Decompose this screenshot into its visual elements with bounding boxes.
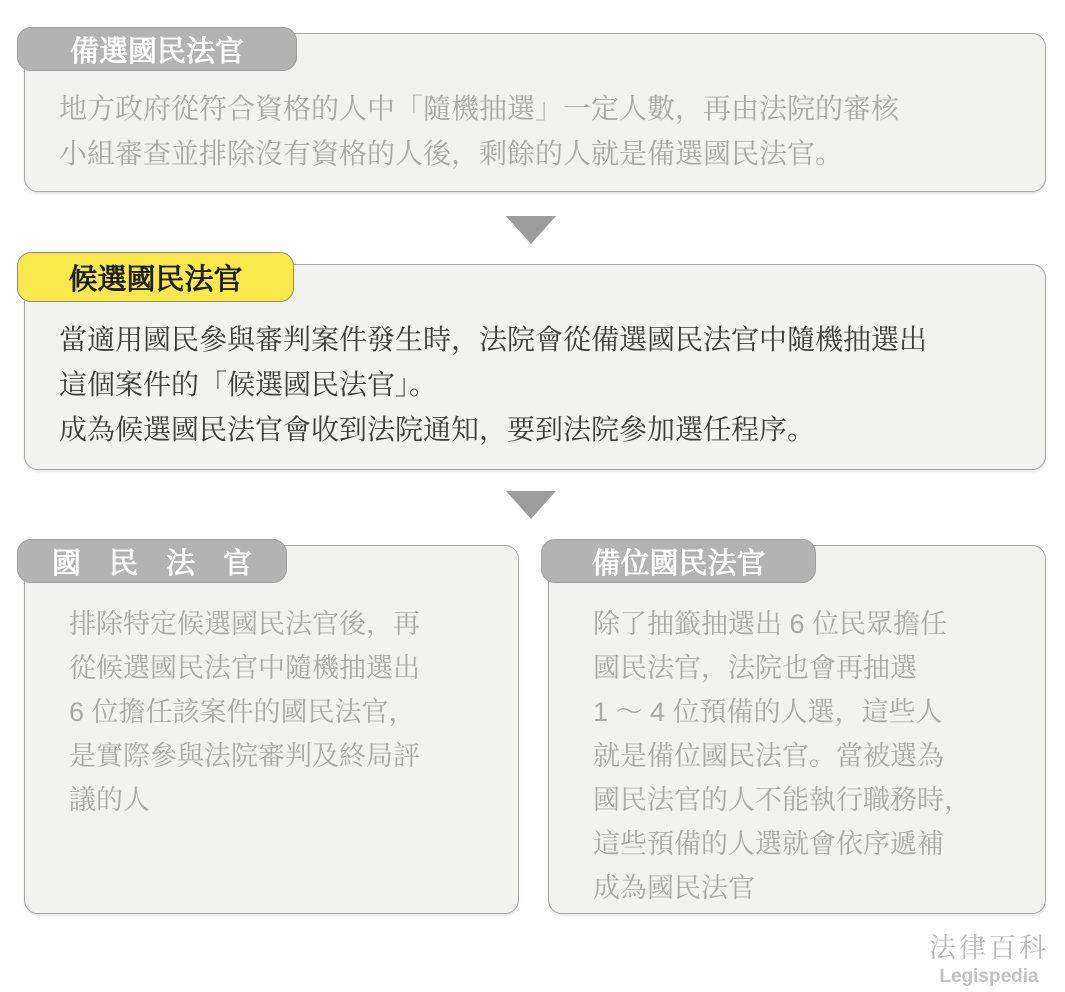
card-alternate-title: 備位國民法官 — [591, 541, 765, 582]
down-arrow-icon — [506, 491, 556, 519]
card-candidate-tab: 候選國民法官 — [17, 252, 294, 302]
card-alternate-tab: 備位國民法官 — [541, 539, 816, 583]
down-arrow-icon — [506, 216, 556, 244]
watermark-brand-en: Legispedia — [929, 966, 1049, 988]
infographic-citizen-judge-selection: 備選國民法官 地方政府從符合資格的人中「隨機抽選」一定人數，再由法院的審核 小組… — [0, 0, 1065, 992]
card-candidate-title: 候選國民法官 — [68, 257, 242, 298]
card-judge-tab: 國民法官 — [17, 539, 287, 583]
card-reserve-title: 備選國民法官 — [70, 29, 244, 70]
card-judge-title: 國民法官 — [52, 541, 280, 582]
card-reserve-description: 地方政府從符合資格的人中「隨機抽選」一定人數，再由法院的審核 小組審查並排除沒有… — [59, 86, 1019, 176]
card-citizen-judge: 國民法官 排除特定候選國民法官後，再 從候選國民法官中隨機抽選出 6 位擔任該案… — [24, 545, 519, 914]
watermark: 法律百科 Legispedia — [929, 926, 1049, 988]
watermark-brand-zh: 法律百科 — [929, 926, 1049, 965]
card-candidate-description: 當適用國民參與審判案件發生時，法院會從備選國民法官中隨機抽選出 這個案件的「候選… — [59, 317, 1019, 452]
card-reserve-tab: 備選國民法官 — [17, 27, 297, 71]
card-candidate-citizen-judge: 候選國民法官 當適用國民參與審判案件發生時，法院會從備選國民法官中隨機抽選出 這… — [24, 264, 1046, 470]
card-alternate-citizen-judge: 備位國民法官 除了抽籤抽選出 6 位民眾擔任 國民法官，法院也會再抽選 1 ～ … — [548, 545, 1046, 914]
card-alternate-description: 除了抽籤抽選出 6 位民眾擔任 國民法官，法院也會再抽選 1 ～ 4 位預備的人… — [593, 602, 1029, 910]
card-judge-description: 排除特定候選國民法官後，再 從候選國民法官中隨機抽選出 6 位擔任該案件的國民法… — [69, 602, 502, 822]
card-reserve-citizen-judge: 備選國民法官 地方政府從符合資格的人中「隨機抽選」一定人數，再由法院的審核 小組… — [24, 33, 1046, 192]
